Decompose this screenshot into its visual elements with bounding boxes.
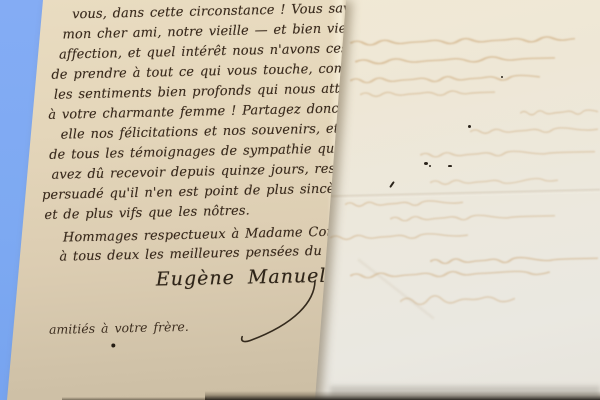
letter-line: de tous les témoignages de sympathie que… bbox=[49, 141, 379, 163]
bottom-edge-shadow bbox=[205, 391, 600, 400]
letter-line: avez dû recevoir depuis quinze jours, re… bbox=[51, 161, 355, 183]
letter-line: persuadé qu'il n'en est point de plus si… bbox=[42, 181, 356, 203]
letter-line: affection, et quel intérêt nous n'avons … bbox=[59, 41, 363, 63]
letter-line: et de plus vifs que les nôtres. bbox=[44, 203, 250, 222]
letter-line: mon cher ami, notre vieille — et bien vi… bbox=[62, 21, 367, 43]
letter-line: les sentiments bien profonds qui nous at… bbox=[54, 80, 386, 102]
letter-line: vous, dans cette circonstance ! Vous sav… bbox=[72, 1, 370, 22]
letter-photograph: vous, dans cette circonstance ! Vous sav… bbox=[0, 0, 600, 400]
letter-line: à votre charmante femme ! Partagez donc … bbox=[48, 101, 375, 123]
left-page: vous, dans cette circonstance ! Vous sav… bbox=[0, 0, 600, 400]
signature-flourish bbox=[219, 277, 324, 347]
postscript: amitiés à votre frère. bbox=[49, 319, 189, 337]
letter-body: vous, dans cette circonstance ! Vous sav… bbox=[0, 0, 600, 400]
ink-speck bbox=[111, 343, 115, 347]
letter-line: de prendre à tout ce qui vous touche, co… bbox=[51, 60, 406, 83]
letter-line: Hommages respectueux à Madame Comte, et bbox=[63, 224, 375, 246]
letter-line: elle nos félicitations et nos souvenirs,… bbox=[61, 122, 340, 143]
left-page-shadow-wrap: vous, dans cette circonstance ! Vous sav… bbox=[0, 0, 600, 400]
letter-line: à tous deux les meilleures pensées du mé… bbox=[59, 242, 391, 264]
